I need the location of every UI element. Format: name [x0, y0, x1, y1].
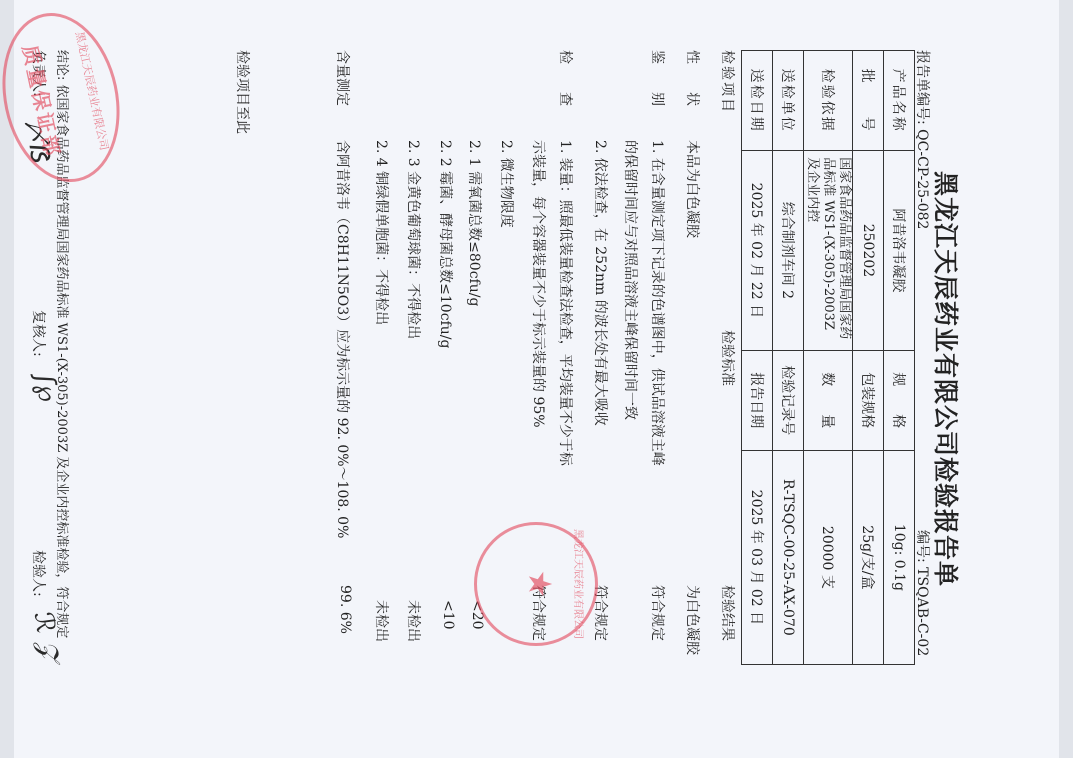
report-number-value: QC-CP-25-082	[914, 129, 930, 229]
test-standard: 2. 依法检查，在 252nm 的波长处有最大吸收	[591, 140, 611, 426]
product-info-table: 产品名称阿昔洛韦凝胶规 格10g: 0.1g批 号250202包装规格25g/支…	[741, 50, 915, 665]
test-category: 含量测定	[333, 50, 353, 106]
inspection-report-page: 黑龙江天辰药业有限公司检验报告单 报告单编号: QC-CP-25-082 编号:…	[0, 0, 1073, 758]
info-value: 10g: 0.1g	[884, 450, 915, 664]
info-row: 检验依据国家食品药品监督管理局国家药品标准 WS1-(X-305)-2003Z …	[804, 51, 853, 665]
test-result: 未检出	[404, 600, 424, 642]
info-row: 产品名称阿昔洛韦凝胶规 格10g: 0.1g	[884, 51, 915, 665]
info-label: 批 号	[853, 51, 884, 151]
test-category: 性 状	[683, 50, 703, 106]
info-value: 阿昔洛韦凝胶	[884, 151, 915, 350]
inspector: 检验人:	[29, 550, 49, 597]
column-standard: 检验标准	[718, 330, 738, 386]
seal-text: 黑龙江天辰药业有限公司	[572, 525, 587, 643]
end-note: 检验项目至此	[233, 50, 253, 134]
test-standard: 含阿昔洛韦（C8H11N5O3）应为标示量的 92. 0%～108. 0%	[333, 140, 353, 538]
info-value: 国家食品药品监督管理局国家药品标准 WS1-(X-305)-2003Z 及企业内…	[804, 151, 853, 350]
info-value: 2025 年 02 月 22 日	[742, 151, 773, 350]
info-label: 产品名称	[884, 51, 915, 151]
report-title: 黑龙江天辰药业有限公司检验报告单	[929, 0, 965, 758]
test-standard: 示装量，每个容器装量不少于标示装量的 95%	[529, 140, 549, 428]
test-category: 鉴 别	[648, 50, 668, 106]
test-result: 未检出	[372, 600, 392, 642]
report-number-label: 报告单编号:	[914, 50, 930, 125]
qc-seal-stamp: ★ 黑龙江天辰药业有限公司	[474, 522, 598, 646]
info-value: 2025 年 03 月 02 日	[742, 450, 773, 664]
info-label: 送检日期	[742, 51, 773, 151]
info-value: R-TSQC-00-25-AX-070	[773, 450, 804, 664]
form-number: 编号: TSQAB-C-02	[913, 530, 933, 656]
report-number: 报告单编号: QC-CP-25-082	[913, 50, 933, 229]
test-standard: 2. 3 金黄色葡萄球菌：不得检出	[404, 140, 424, 339]
test-standard: 本品为白色凝胶	[683, 140, 703, 238]
reviewer: 复核人:	[29, 310, 49, 357]
info-row: 送检单位综合制剂车间 2检验记录号R-TSQC-00-25-AX-070	[773, 51, 804, 665]
test-standard: 2. 2 霉菌、酵母菌总数≤10cfu/g	[436, 140, 456, 348]
scan-edge-top	[1059, 0, 1073, 758]
info-value: 250202	[853, 151, 884, 350]
test-standard: 1. 装量：照最低装量检查法检查，平均装量不少于标	[556, 140, 576, 466]
info-row: 批 号250202包装规格25g/支/盒	[853, 51, 884, 665]
quality-dept-stamp: 质量保证部 黑龙江天辰药业有限公司	[0, 2, 135, 193]
test-standard: 2. 4 铜绿假单胞菌：不得检出	[372, 140, 392, 325]
test-category: 检 查	[556, 50, 576, 106]
info-label: 检验记录号	[773, 350, 804, 450]
info-label: 报告日期	[742, 350, 773, 450]
column-test-item: 检验项目	[718, 50, 738, 114]
info-label: 规 格	[884, 350, 915, 450]
test-result: 99. 6%	[337, 585, 353, 634]
form-number-label: 编号:	[914, 530, 930, 563]
info-label: 包装规格	[853, 350, 884, 450]
seal-star-icon: ★	[521, 525, 559, 643]
column-result: 检验结果	[718, 585, 738, 641]
inspector-signature: ℛ 𝒵	[27, 610, 64, 663]
form-number-value: TSQAB-C-02	[914, 567, 930, 656]
info-label: 送检单位	[773, 51, 804, 151]
test-standard: 的保留时间应与对照品溶液主峰保留时间一致	[621, 140, 641, 420]
info-label: 数 量	[804, 350, 853, 450]
info-label: 检验依据	[804, 51, 853, 151]
test-standard: 1. 在含量测定项下记录的色谱图中，供试品溶液主峰	[648, 140, 668, 466]
stamp-company-text: 黑龙江天辰药业有限公司	[67, 8, 117, 173]
test-standard: 2. 微生物限度	[497, 140, 517, 228]
info-row: 送检日期2025 年 02 月 22 日报告日期2025 年 03 月 02 日	[742, 51, 773, 665]
test-result: <10	[440, 600, 456, 630]
reviewer-signature: ʃ℘	[29, 373, 62, 404]
info-value: 25g/支/盒	[853, 450, 884, 664]
stamp-dept-text: 质量保证部	[12, 18, 75, 185]
info-value: 20000 支	[804, 450, 853, 664]
info-value: 综合制剂车间 2	[773, 151, 804, 350]
test-standard: 2. 1 需氧菌总数≤80cfu/g	[465, 140, 485, 306]
test-result: 为白色凝胶	[683, 585, 703, 655]
test-result: 符合规定	[648, 585, 668, 641]
